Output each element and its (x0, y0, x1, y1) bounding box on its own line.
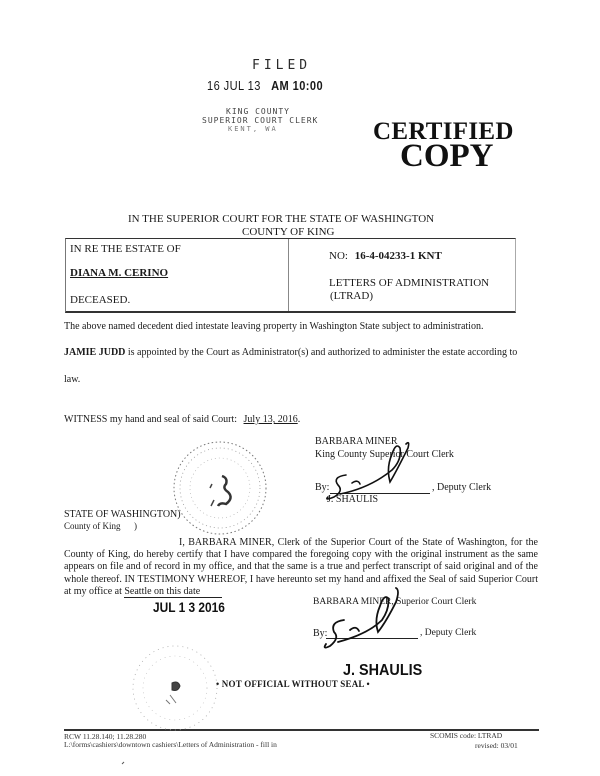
stray-mark (122, 762, 124, 764)
by-label-1: By: (315, 482, 329, 493)
case-number-value: 16-4-04233-1 KNT (355, 250, 442, 262)
filed-office-line3: KENT, WA (228, 125, 278, 133)
certification-date-stamp: JUL 1 3 2016 (153, 599, 225, 615)
footer-scomis-code: SCOMIS code: LTRAD (430, 731, 502, 740)
filed-office-line1: KING COUNTY (226, 107, 290, 116)
court-county: COUNTY OF KING (242, 226, 334, 238)
document-title: LETTERS OF ADMINISTRATION (329, 277, 489, 289)
deputy-clerk-label-2: , Deputy Clerk (420, 628, 476, 638)
signature-line-2 (326, 638, 418, 639)
venue-state: STATE OF WASHINGTON) (64, 509, 181, 520)
case-number-label: NO: (329, 250, 348, 262)
seal-notice: • NOT OFFICIAL WITHOUT SEAL • (216, 679, 370, 689)
decedent-name: DIANA M. CERINO (70, 267, 168, 279)
certified-stamp-line2: COPY (400, 138, 494, 175)
filed-stamp-date: 16 JUL 13 AM 10:00 (207, 78, 323, 93)
filed-date-prefix: 16 JUL 13 (207, 78, 261, 93)
administrator-name: JAMIE JUDD (64, 347, 125, 358)
clerk-name: BARBARA MINER (315, 436, 398, 447)
intestate-paragraph: The above named decedent died intestate … (64, 321, 483, 332)
filed-office-line2: SUPERIOR COURT CLERK (202, 116, 318, 125)
certification-text: I, BARBARA MINER, Clerk of the Superior … (64, 537, 538, 597)
deputy-clerk-label-1: , Deputy Clerk (432, 482, 491, 493)
certification-date-line (124, 597, 222, 598)
estate-of-label: IN RE THE ESTATE OF (70, 243, 181, 255)
document-code: (LTRAD) (330, 290, 373, 302)
witness-period: . (298, 414, 301, 425)
venue-county: County of King ) (64, 521, 137, 531)
clerk-title: King County Superior Court Clerk (315, 449, 454, 460)
witness-date: July 13, 2016 (244, 414, 298, 425)
filed-time: AM 10:00 (271, 78, 323, 93)
court-seal-icon-faint (133, 646, 217, 730)
appointment-text: is appointed by the Court as Administrat… (125, 347, 517, 358)
filed-stamp-label: FILED (252, 58, 311, 73)
appointment-paragraph: JAMIE JUDD is appointed by the Court as … (64, 347, 517, 358)
deceased-label: DECEASED. (70, 294, 130, 306)
clerk-name-title-2: BARBARA MINER, Superior Court Clerk (313, 597, 476, 607)
footer-file-path: L:\forms\cashiers\downtown cashiers\Lett… (64, 740, 277, 749)
deputy-name-1: J. SHAULIS (327, 494, 378, 505)
certification-paragraph: I, BARBARA MINER, Clerk of the Superior … (64, 537, 538, 598)
caption-divider (288, 239, 289, 311)
witness-line: WITNESS my hand and seal of said Court: … (64, 414, 300, 425)
footer-revised: revised: 03/01 (475, 741, 518, 750)
deputy-name-stamp: J. SHAULIS (343, 662, 422, 680)
case-number: NO: 16-4-04233-1 KNT (329, 250, 442, 262)
case-caption: IN RE THE ESTATE OF DIANA M. CERINO DECE… (65, 238, 516, 313)
appointment-paragraph-end: law. (64, 374, 80, 385)
court-title: IN THE SUPERIOR COURT FOR THE STATE OF W… (128, 213, 434, 225)
witness-label: WITNESS my hand and seal of said Court: (64, 414, 237, 425)
court-seal-icon (174, 442, 266, 534)
